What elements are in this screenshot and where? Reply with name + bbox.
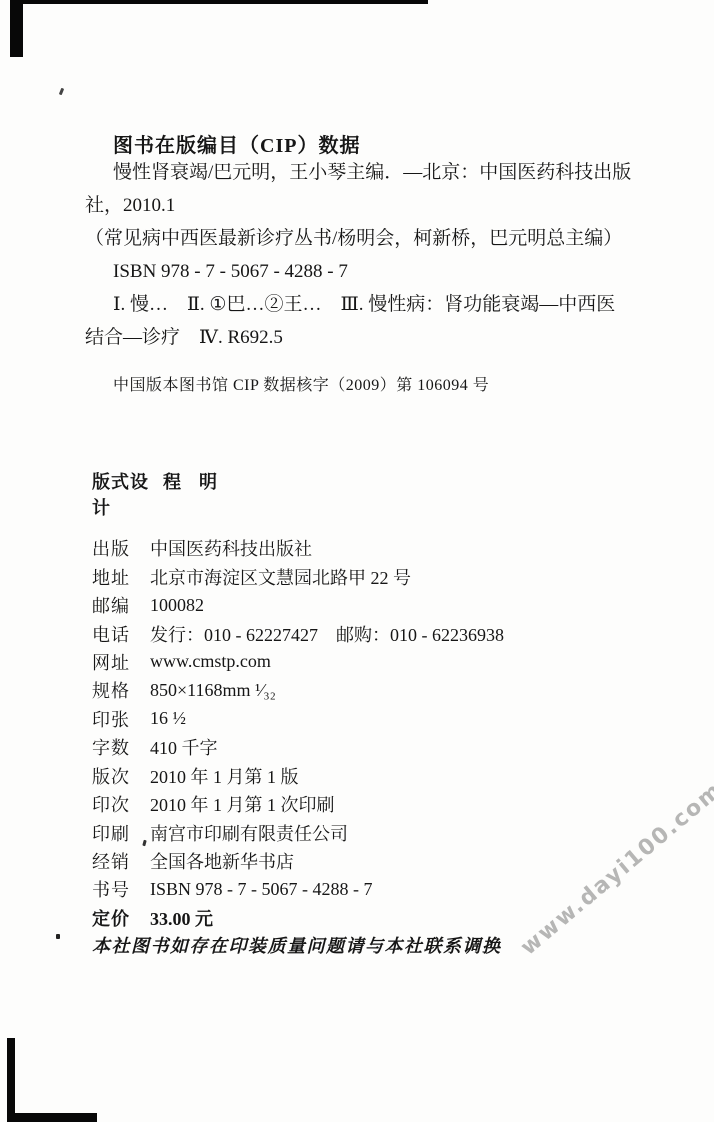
cip-line-classification: 结合—诊疗 Ⅳ. R692.5 [85,321,660,354]
scan-artifact-bottom-bar [7,1113,97,1122]
cip-line: 慢性肾衰竭/巴元明，王小琴主编．—北京：中国医药科技出版 [85,156,660,189]
cip-line-isbn: ISBN 978 - 7 - 5067 - 4288 - 7 [85,255,660,288]
colophon-row-website: 网址 www.cmstp.com [92,648,652,676]
cip-line-classification: Ⅰ. 慢… Ⅱ. ①巴…②王… Ⅲ. 慢性病：肾功能衰竭—中西医 [85,288,660,321]
cip-heading: 图书在版编目（CIP）数据 [113,129,360,158]
colophon: 出版 中国医药科技出版社 地址 北京市海淀区文慧园北路甲 22 号 邮编 100… [92,534,652,932]
scan-artifact-top-left-bar [10,0,23,57]
cip-line: 社，2010.1 [85,189,660,222]
cip-registry-number: 中国版本图书馆 CIP 数据核字（2009）第 106094 号 [113,372,489,395]
scan-artifact-bottom-left-vertical-bar [7,1038,15,1122]
colophon-row-address: 地址 北京市海淀区文慧园北路甲 22 号 [92,562,652,590]
cip-line-series: （常见病中西医最新诊疗丛书/杨明会，柯新桥，巴元明总主编） [85,222,660,255]
cip-body: 慢性肾衰竭/巴元明，王小琴主编．—北京：中国医药科技出版 社，2010.1 （常… [85,156,660,354]
colophon-row-sheets: 印张 16 ½ [92,705,652,733]
colophon-row-printer: 印刷 南宫市印刷有限责任公司 [92,818,652,846]
design-credit-row: 版式设计 程 明 [92,468,217,520]
scan-artifact-top-bar [10,0,428,4]
colophon-row-distributor: 经销 全国各地新华书店 [92,847,652,875]
scan-speck [56,934,60,939]
quality-exchange-notice: 本社图书如存在印装质量问题请与本社联系调换 [92,932,502,958]
design-credit-value: 程 明 [163,468,217,520]
colophon-row-printing: 印次 2010 年 1 月第 1 次印刷 [92,790,652,818]
colophon-row-publisher: 出版 中国医药科技出版社 [92,534,652,562]
colophon-row-format: 规格 850×1168mm ¹⁄₃₂ [92,676,652,704]
design-credit-label: 版式设计 [92,468,163,520]
colophon-row-wordcount: 字数 410 千字 [92,733,652,761]
colophon-row-postcode: 邮编 100082 [92,591,652,619]
book-copyright-page: 图书在版编目（CIP）数据 慢性肾衰竭/巴元明，王小琴主编．—北京：中国医药科技… [0,0,714,1122]
colophon-row-edition: 版次 2010 年 1 月第 1 版 [92,762,652,790]
colophon-row-phone: 电话 发行：010 - 62227427 邮购：010 - 62236938 [92,619,652,647]
scan-speck [59,88,64,96]
